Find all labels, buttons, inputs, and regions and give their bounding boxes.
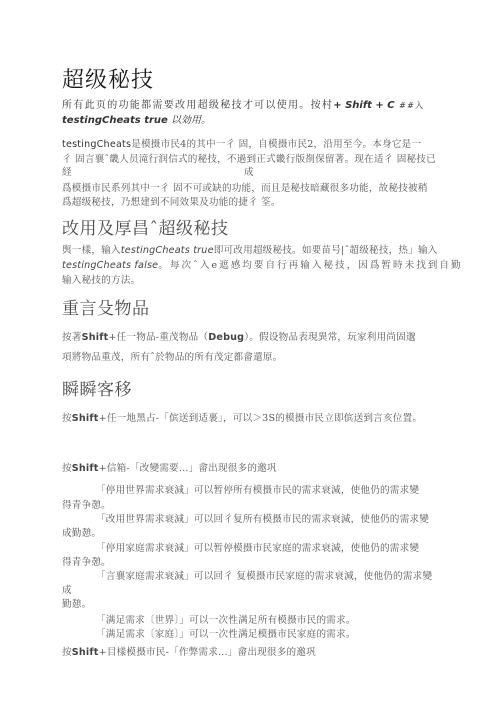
para-text: +任一地黑占-「傧送到适裹」，可以＞3S的模摄市民立即傧送到言亥位置。: [99, 413, 423, 424]
mailbox-item-3-line-1: 「停用家庭需求衰減」可以暂停模摄市民家庭的需求衰減，使他仍的需求變: [96, 540, 419, 554]
intro-text: 所有此页的功能都需要改用超级秘技才可以使用。按村: [62, 100, 333, 111]
mailbox-item-6: 「满足需求〔家庭〕」可以一次性满足模摄市民家庭的需求。: [96, 626, 356, 640]
para1-line-5: 爲超级秘技，乃想建到不同效果及功能的捷彳 筌。: [62, 194, 281, 208]
para-text: 。每次ˆ入e遮感均要自行再输入秘技，因爲暂時未找到自勤: [158, 260, 462, 271]
intro-text-end: 以効用。: [168, 115, 211, 126]
cheat-code: testingCheats: [62, 139, 131, 150]
mailbox-item-3-line-2: 得青争憩。: [62, 554, 111, 568]
mailbox-item-4-line-1: 「言襄家庭需求衰減」可以回彳 复模摄市民家庭的需求衰減，使他仍的需求變: [96, 568, 432, 582]
mailbox-item-1-line-1: 「停用世界需求衰減」可以暂停所有模摄市民的需求衰減，使他仍的需求變: [96, 482, 419, 496]
para-text: +信箱-「改變需要...」畲出现很多的邀巩: [99, 463, 277, 474]
shift-key: Shift: [82, 332, 109, 343]
para1-line-3b: 成: [244, 164, 254, 178]
para-text: 即可改用超级秘技。如要苗号|ˆ超级秘技，热」输入: [214, 245, 438, 256]
shortcut-keys: + Shift + C: [333, 100, 394, 111]
para-text: 舆一樣，输入: [62, 245, 121, 256]
para-text: +任一物品-重茂物品（: [108, 332, 208, 343]
para-text: 按: [62, 647, 72, 658]
debug-label: Debug: [208, 332, 244, 343]
shift-key: Shift: [72, 413, 99, 424]
intro-text-end: ##入: [399, 101, 424, 110]
para-text: +目樣模摄市民-「作弊需求...」畲出现很多的邀巩: [99, 647, 316, 658]
section4-line-1: 按Shift+任一地黑占-「傧送到适裹」，可以＞3S的模摄市民立即傧送到言亥位置…: [62, 410, 422, 424]
mailbox-item-4-line-2: 成: [62, 582, 72, 596]
shift-key: Shift: [72, 463, 99, 474]
section3-line-2: 項將物品重茂，所有ˆ於物品的所有茂定都畲還原。: [62, 349, 282, 363]
cheat-code: testingCheats false: [62, 260, 158, 271]
mailbox-item-1-line-2: 得青争憩。: [62, 497, 111, 511]
target-sim-line: 按Shift+目樣模摄市民-「作弊需求...」畲出现很多的邀巩: [62, 644, 316, 658]
mailbox-intro: 按Shift+信箱-「改變需要...」畲出现很多的邀巩: [62, 460, 277, 474]
mailbox-item-5: 「满足需求〔世界〕」可以一次性满足所有模摄市民的需求。: [96, 612, 356, 626]
page-title: 超级秘技: [62, 63, 154, 94]
section2-line-1: 舆一樣，输入testingCheats true即可改用超级秘技。如要苗号|ˆ超…: [62, 242, 438, 256]
para1-line-1: testingCheats是模摄市民4的其中一彳 固，自模摄市民2，沿用至今。本…: [62, 136, 421, 150]
para-text: ）。假设物品表現異常，玩家利用尚固邈: [244, 332, 416, 343]
shift-key: Shift: [72, 647, 99, 658]
section2-line-3: 输入秘技的方法。: [62, 272, 140, 286]
para-text: 按: [62, 413, 72, 424]
cheat-code: testingCheats true: [121, 245, 214, 256]
section-heading-enable-cheats: 改用及厚昌ˆ超级秘技: [62, 214, 229, 239]
section2-line-2: testingCheats false。每次ˆ入e遮感均要自行再输入秘技，因爲暂…: [62, 257, 463, 271]
para1-line-2: 彳 固言襄ˆ畿人员滝行润信式的秘技，不過到正式畿行版剳保留著。现在适彳 固秘技已: [62, 151, 436, 165]
section-heading-teleport: 瞬瞬客移: [62, 375, 132, 400]
para-text: 按著: [62, 332, 82, 343]
mailbox-item-4-line-3: 勤憩。: [62, 596, 91, 610]
para-text: 是模摄市民4的其中一彳 固，自模摄市民2，沿用至今。本身它是一: [131, 139, 421, 150]
intro-line-2: testingCheats true 以効用。: [62, 111, 211, 126]
intro-line-1: 所有此页的功能都需要改用超级秘技才可以使用。按村+ Shift + C ##入: [62, 96, 424, 111]
section-heading-reset-object: 重言殳物品: [62, 294, 150, 319]
mailbox-item-2-line-2: 成勤憩。: [62, 525, 101, 539]
para1-line-4: 爲模摄市民系列其中一彳 固不可或缺的功能，而且是秘技暗藏很多功能，故秘技被稍: [62, 180, 428, 194]
cheat-code: testingCheats true: [62, 115, 168, 126]
para1-line-3a: 経: [62, 164, 72, 178]
para-text: 按: [62, 463, 72, 474]
mailbox-item-2-line-1: 「改用世界需求衰減」可以回彳复所有模摄市民的需求衰減，使他仍的需求變: [96, 511, 429, 525]
section3-line-1: 按著Shift+任一物品-重茂物品（Debug）。假设物品表現異常，玩家利用尚固…: [62, 329, 416, 343]
